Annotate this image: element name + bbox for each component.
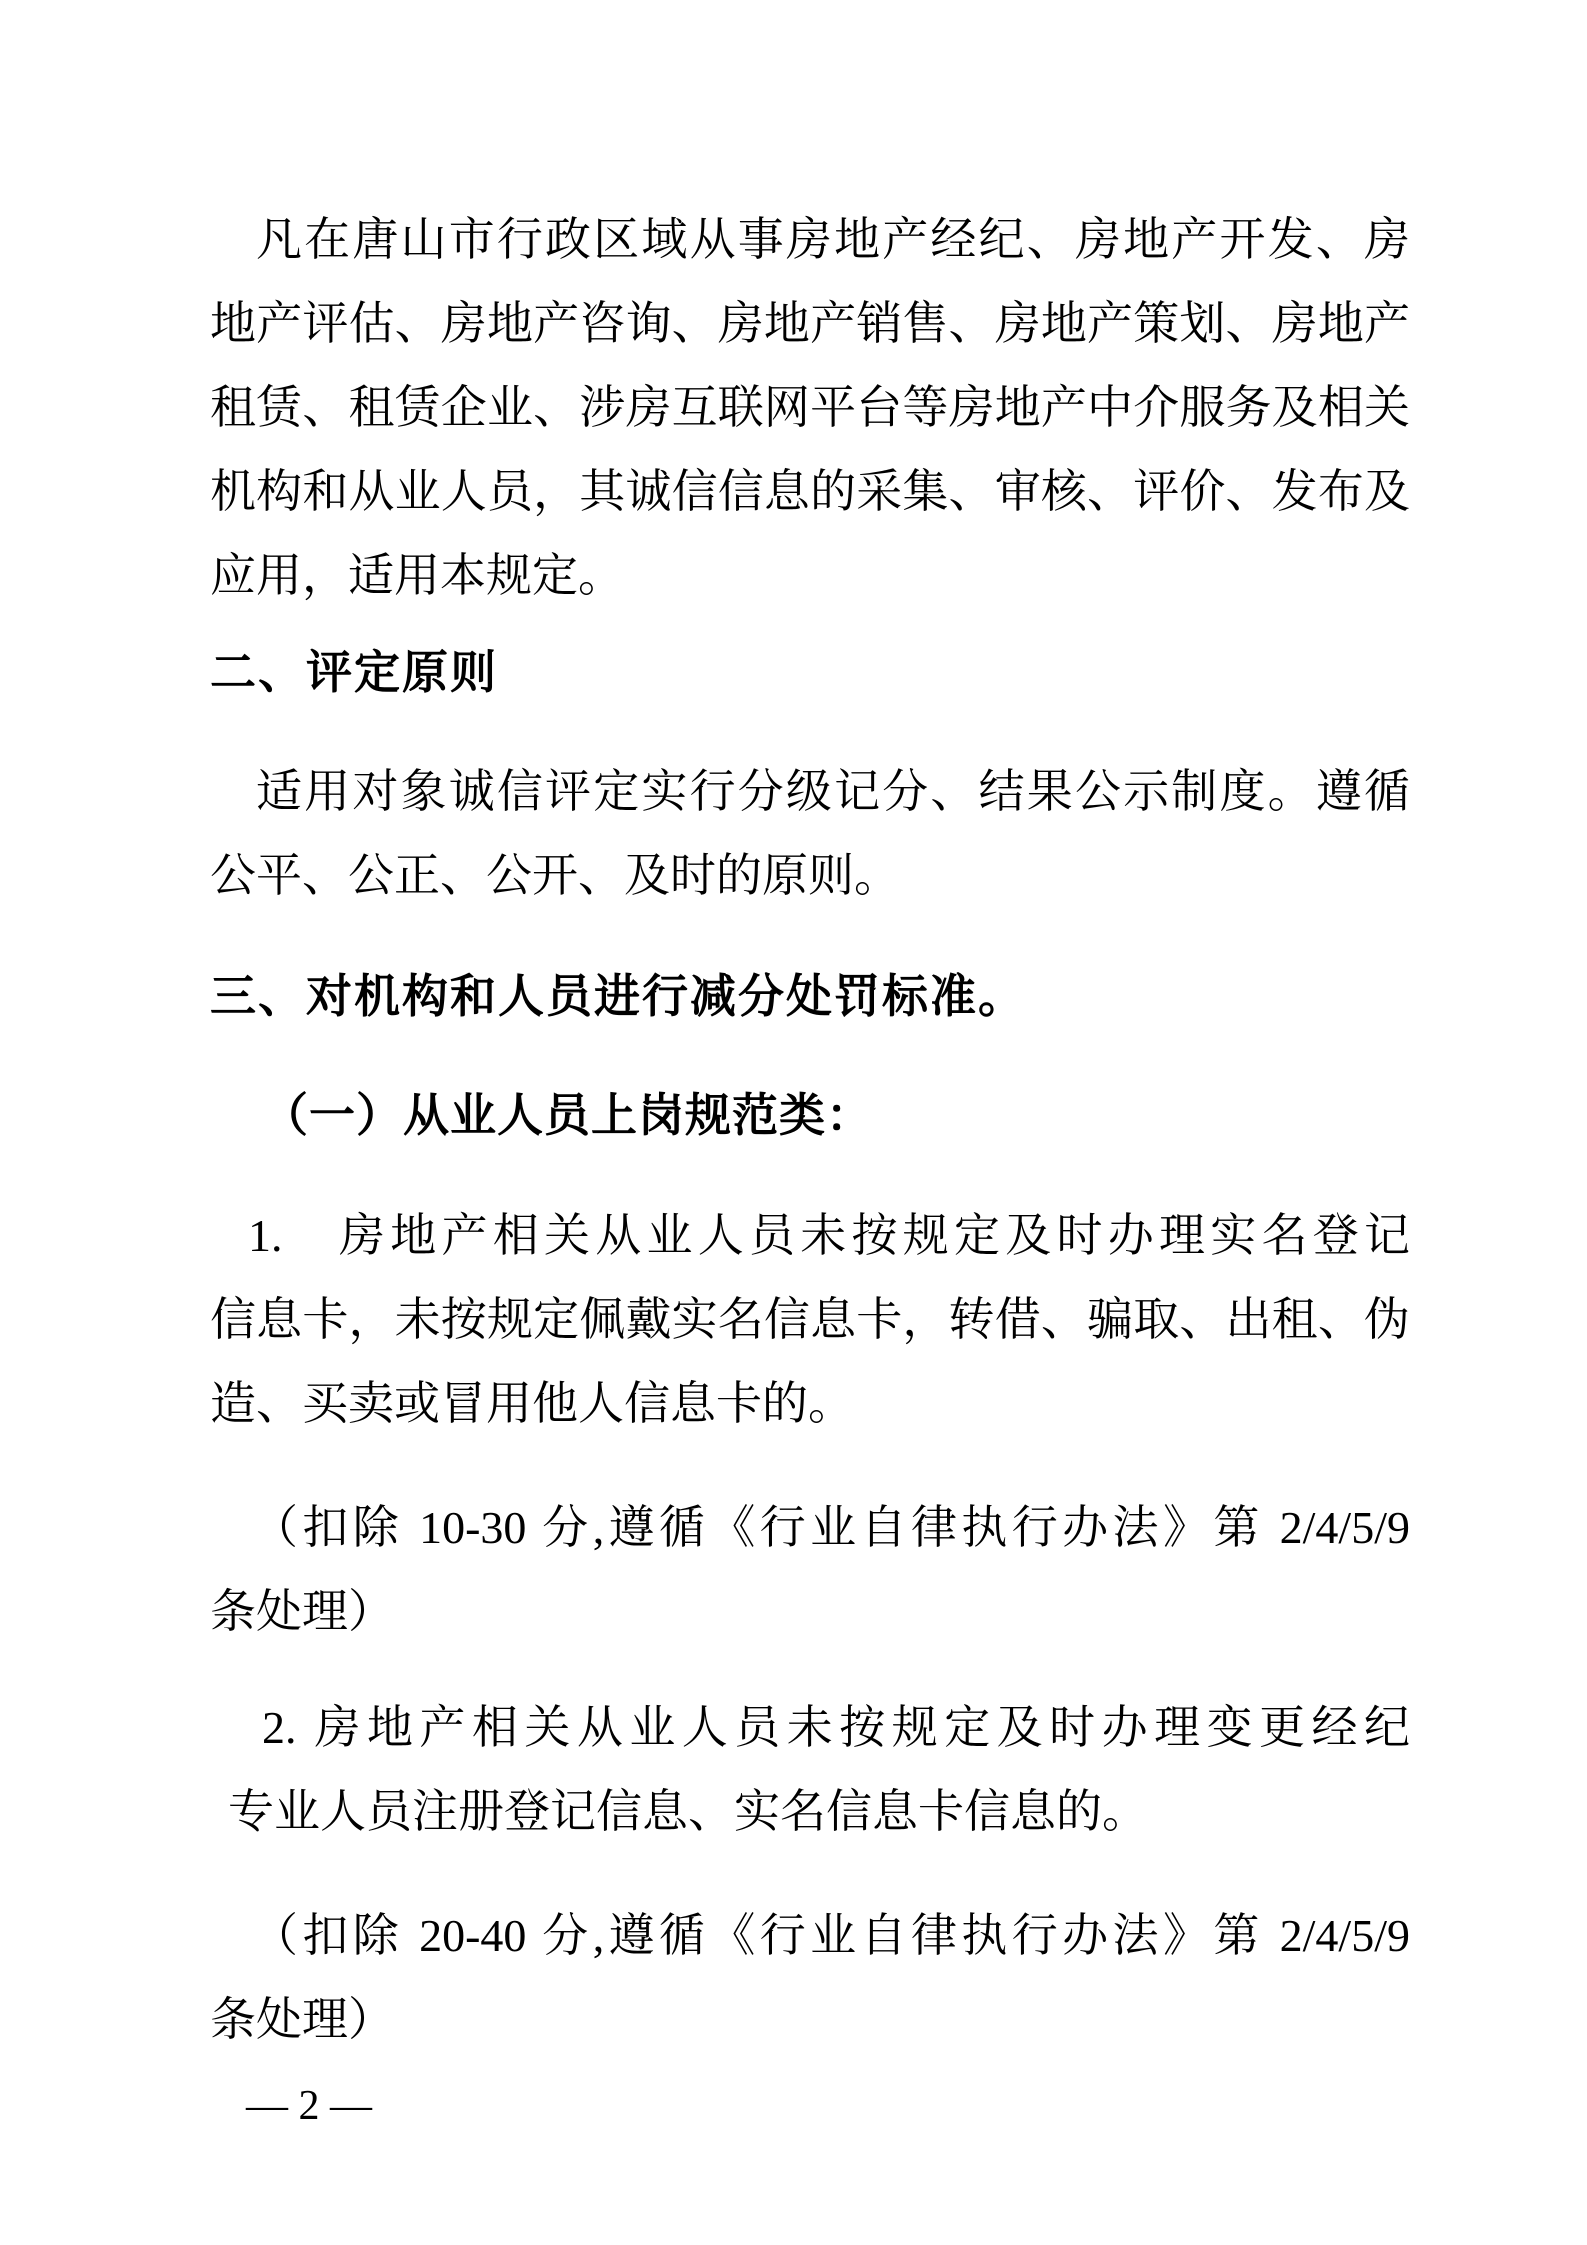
text-line: 条处理）	[210, 1570, 1410, 1654]
section-heading: 三、对机构和人员进行减分处罚标准。	[210, 954, 1410, 1038]
text-line: 地产评估、房地产咨询、房地产销售、房地产策划、房地产	[210, 282, 1410, 366]
section-heading: 二、评定原则	[210, 630, 1410, 714]
item-1: 1. 房地产相关从业人员未按规定及时办理实名登记 信息卡，未按规定佩戴实名信息卡…	[210, 1194, 1410, 1446]
text-line: 应用，适用本规定。	[210, 534, 1410, 618]
text-line: 条处理）	[210, 1978, 1410, 2062]
text-line: 专业人员注册登记信息、实名信息卡信息的。	[210, 1770, 1410, 1854]
text-line: 造、买卖或冒用他人信息卡的。	[210, 1362, 1410, 1446]
subheading-category-1: （一）从业人员上岗规范类：	[210, 1074, 1410, 1158]
heading-section-3: 三、对机构和人员进行减分处罚标准。	[210, 954, 1410, 1038]
text-line: 1. 房地产相关从业人员未按规定及时办理实名登记	[210, 1194, 1410, 1278]
item-2: 2. 房地产相关从业人员未按规定及时办理变更经纪 专业人员注册登记信息、实名信息…	[210, 1686, 1410, 1854]
page-number: — 2 —	[246, 2076, 372, 2136]
text-line: 适用对象诚信评定实行分级记分、结果公示制度。遵循	[210, 750, 1410, 834]
text-line: 凡在唐山市行政区域从事房地产经纪、房地产开发、房	[210, 198, 1410, 282]
heading-section-2: 二、评定原则	[210, 630, 1410, 714]
document-page: 凡在唐山市行政区域从事房地产经纪、房地产开发、房 地产评估、房地产咨询、房地产销…	[0, 0, 1587, 2245]
text-line: （扣除 10-30 分,遵循《行业自律执行办法》第 2/4/5/9	[210, 1486, 1410, 1570]
penalty-note-2: （扣除 20-40 分,遵循《行业自律执行办法》第 2/4/5/9 条处理）	[210, 1894, 1410, 2062]
text-line: 公平、公正、公开、及时的原则。	[210, 834, 1410, 918]
paragraph-scope: 凡在唐山市行政区域从事房地产经纪、房地产开发、房 地产评估、房地产咨询、房地产销…	[210, 198, 1410, 618]
paragraph-principles: 适用对象诚信评定实行分级记分、结果公示制度。遵循 公平、公正、公开、及时的原则。	[210, 750, 1410, 918]
text-line: 租赁、租赁企业、涉房互联网平台等房地产中介服务及相关	[210, 366, 1410, 450]
penalty-note-1: （扣除 10-30 分,遵循《行业自律执行办法》第 2/4/5/9 条处理）	[210, 1486, 1410, 1654]
text-line: 信息卡，未按规定佩戴实名信息卡，转借、骗取、出租、伪	[210, 1278, 1410, 1362]
text-line: 机构和从业人员，其诚信信息的采集、审核、评价、发布及	[210, 450, 1410, 534]
subsection-heading: （一）从业人员上岗规范类：	[210, 1074, 1410, 1158]
text-line: 2. 房地产相关从业人员未按规定及时办理变更经纪	[210, 1686, 1410, 1770]
text-line: （扣除 20-40 分,遵循《行业自律执行办法》第 2/4/5/9	[210, 1894, 1410, 1978]
